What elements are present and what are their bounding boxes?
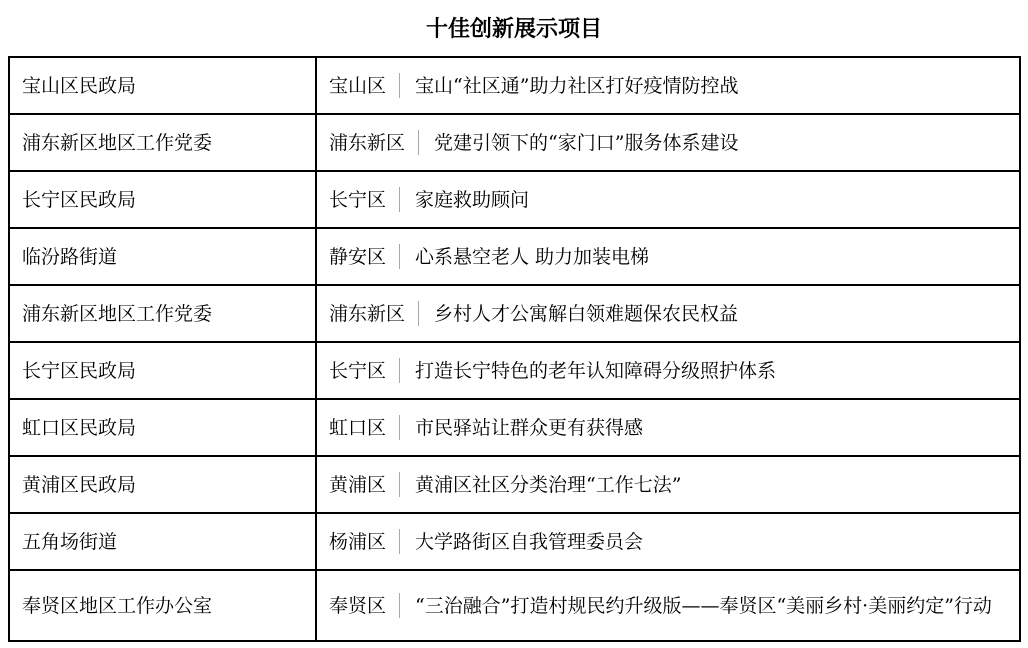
project-cell: 长宁区家庭救助顾问 [316, 171, 1020, 228]
project-title: 大学路街区自我管理委员会 [415, 531, 643, 553]
org-cell: 长宁区民政局 [9, 342, 316, 399]
org-cell: 虹口区民政局 [9, 399, 316, 456]
table-row: 浦东新区地区工作党委 浦东新区党建引领下的“家门口”服务体系建设 [9, 114, 1020, 171]
table-row: 黄浦区民政局 黄浦区黄浦区社区分类治理“工作七法” [9, 456, 1020, 513]
district-label: 浦东新区 [329, 132, 405, 154]
org-cell: 奉贤区地区工作办公室 [9, 570, 316, 641]
project-cell: 宝山区宝山“社区通”助力社区打好疫情防控战 [316, 57, 1020, 114]
district-divider [418, 301, 419, 326]
project-title: 党建引领下的“家门口”服务体系建设 [434, 132, 738, 154]
org-cell: 五角场街道 [9, 513, 316, 570]
project-cell: 浦东新区党建引领下的“家门口”服务体系建设 [316, 114, 1020, 171]
org-cell: 浦东新区地区工作党委 [9, 114, 316, 171]
page-title: 十佳创新展示项目 [0, 16, 1028, 42]
district-divider [399, 415, 400, 440]
table-row: 虹口区民政局 虹口区市民驿站让群众更有获得感 [9, 399, 1020, 456]
district-label: 浦东新区 [329, 303, 405, 325]
table-row: 长宁区民政局 长宁区打造长宁特色的老年认知障碍分级照护体系 [9, 342, 1020, 399]
table-row: 宝山区民政局 宝山区宝山“社区通”助力社区打好疫情防控战 [9, 57, 1020, 114]
district-divider [399, 73, 400, 98]
district-divider [399, 593, 400, 618]
org-cell: 临汾路街道 [9, 228, 316, 285]
project-title: 乡村人才公寓解白领难题保农民权益 [434, 303, 738, 325]
org-cell: 宝山区民政局 [9, 57, 316, 114]
district-label: 长宁区 [329, 189, 386, 211]
district-label: 长宁区 [329, 360, 386, 382]
org-cell: 浦东新区地区工作党委 [9, 285, 316, 342]
district-label: 奉贤区 [329, 595, 386, 617]
district-label: 宝山区 [329, 75, 386, 97]
project-title: 打造长宁特色的老年认知障碍分级照护体系 [415, 360, 776, 382]
project-cell: 杨浦区大学路街区自我管理委员会 [316, 513, 1020, 570]
org-cell: 黄浦区民政局 [9, 456, 316, 513]
project-title: 宝山“社区通”助力社区打好疫情防控战 [415, 75, 738, 97]
project-title: 心系悬空老人 助力加装电梯 [415, 246, 649, 268]
project-cell: 长宁区打造长宁特色的老年认知障碍分级照护体系 [316, 342, 1020, 399]
district-label: 静安区 [329, 246, 386, 268]
project-cell: 奉贤区“三治融合”打造村规民约升级版——奉贤区“美丽乡村·美丽约定”行动 [316, 570, 1020, 641]
project-title: 黄浦区社区分类治理“工作七法” [415, 474, 681, 496]
project-title: 市民驿站让群众更有获得感 [415, 417, 643, 439]
project-cell: 浦东新区乡村人才公寓解白领难题保农民权益 [316, 285, 1020, 342]
district-label: 杨浦区 [329, 531, 386, 553]
district-divider [399, 244, 400, 269]
district-divider [399, 358, 400, 383]
table-row: 浦东新区地区工作党委 浦东新区乡村人才公寓解白领难题保农民权益 [9, 285, 1020, 342]
district-divider [399, 529, 400, 554]
table-row: 五角场街道 杨浦区大学路街区自我管理委员会 [9, 513, 1020, 570]
table-row: 长宁区民政局 长宁区家庭救助顾问 [9, 171, 1020, 228]
district-divider [399, 187, 400, 212]
project-title: 家庭救助顾问 [415, 189, 529, 211]
table-row: 奉贤区地区工作办公室 奉贤区“三治融合”打造村规民约升级版——奉贤区“美丽乡村·… [9, 570, 1020, 641]
document-page: 十佳创新展示项目 宝山区民政局 宝山区宝山“社区通”助力社区打好疫情防控战 浦东… [0, 16, 1028, 642]
project-cell: 静安区心系悬空老人 助力加装电梯 [316, 228, 1020, 285]
org-cell: 长宁区民政局 [9, 171, 316, 228]
district-label: 虹口区 [329, 417, 386, 439]
district-divider [418, 130, 419, 155]
project-cell: 虹口区市民驿站让群众更有获得感 [316, 399, 1020, 456]
project-title: “三治融合”打造村规民约升级版——奉贤区“美丽乡村·美丽约定”行动 [415, 595, 992, 617]
district-label: 黄浦区 [329, 474, 386, 496]
district-divider [399, 472, 400, 497]
project-cell: 黄浦区黄浦区社区分类治理“工作七法” [316, 456, 1020, 513]
table-row: 临汾路街道 静安区心系悬空老人 助力加装电梯 [9, 228, 1020, 285]
projects-table: 宝山区民政局 宝山区宝山“社区通”助力社区打好疫情防控战 浦东新区地区工作党委 … [8, 56, 1021, 642]
